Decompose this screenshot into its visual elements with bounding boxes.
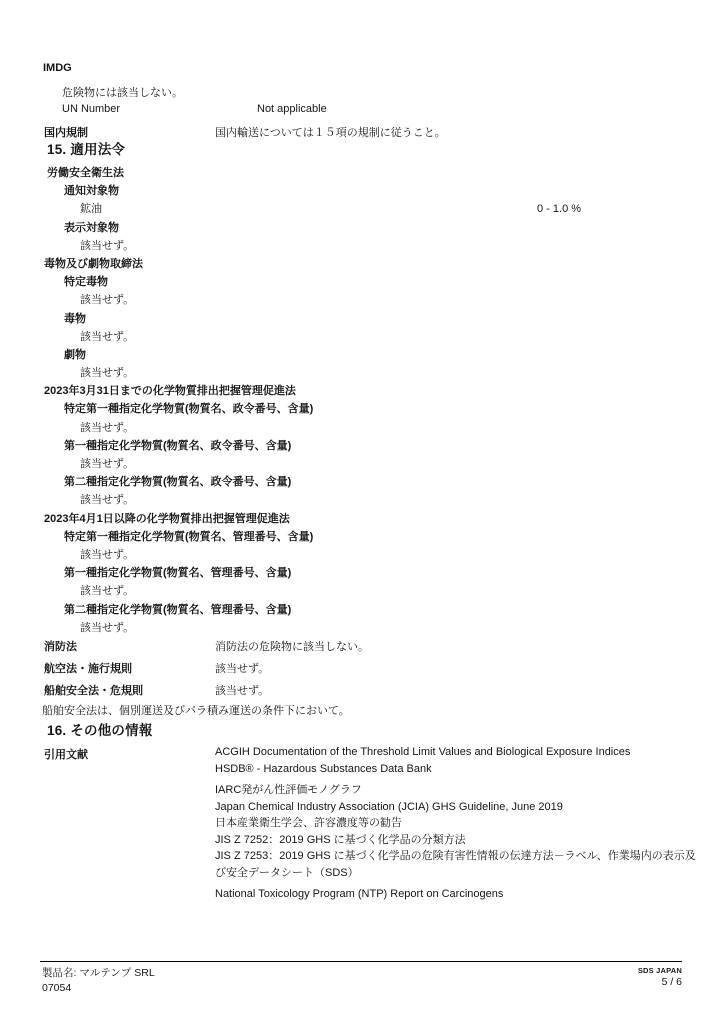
regulation-row: 該当せず。 (0, 455, 722, 473)
regulation-text: 毒物及び劇物取締法 (44, 258, 143, 270)
regulation-text: 該当せず。 (80, 458, 134, 470)
regulation-text: 第二種指定化学物質(物質名、政令番号、含量) (64, 476, 291, 488)
law-status-value: 消防法の危険物に該当しない。 (215, 636, 369, 658)
reference-text: National Toxicology Program (NTP) Report… (215, 888, 503, 900)
section-16-title: 16. その他の情報 (47, 719, 153, 739)
concentration-value: 0 - 1.0 % (537, 200, 581, 218)
references-label: 引用文献 (44, 746, 88, 762)
footer-product-block: 製品名: マルテンプ SRL 07054 (42, 966, 155, 996)
regulation-row: 該当せず。 (0, 328, 722, 346)
regulation-text: 該当せず。 (80, 622, 134, 634)
footer-divider (40, 961, 682, 962)
regulation-row: 2023年4月1日以降の化学物質排出把握管理促進法 (0, 510, 722, 528)
regulation-row: 毒物 (0, 310, 722, 328)
regulation-text: 該当せず。 (80, 367, 134, 379)
reference-text: IARC発がん性評価モノグラフ (215, 784, 362, 796)
reference-text: JIS Z 7252：2019 GHS に基づく化学品の分類方法 (215, 834, 466, 846)
regulation-row: 表示対象物 (0, 219, 722, 237)
regulation-row: 毒物及び劇物取締法 (0, 255, 722, 273)
law-name-label: 船舶安全法・危規則 (44, 680, 143, 702)
un-number-label: UN Number (62, 103, 120, 115)
regulation-row: 2023年3月31日までの化学物質排出把握管理促進法 (0, 382, 722, 400)
ship-safety-note: 船舶安全法は、個別運送及びバラ積み運送の条件下において。 (42, 702, 350, 718)
regulation-text: 該当せず。 (80, 549, 134, 561)
regulation-text: 該当せず。 (80, 585, 134, 597)
regulation-text: 2023年3月31日までの化学物質排出把握管理促進法 (44, 385, 296, 397)
page-number: 5 / 6 (432, 976, 682, 988)
imdg-status-text: 危険物には該当しない。 (62, 84, 183, 100)
law-status-row: 航空法・施行規則 該当せず。 (0, 658, 722, 680)
regulation-rows: 労働安全衛生法 通知対象物 鉱油 0 - 1.0 % 表示対象物 該当せず。 (0, 164, 722, 637)
reference-line: 日本産業衛生学会、許容濃度等の勧告 (215, 815, 697, 832)
law-status-rows: 消防法 消防法の危険物に該当しない。 航空法・施行規則 該当せず。 船舶安全法・… (0, 636, 722, 702)
section-15-title: 15. 適用法令 (47, 138, 125, 158)
regulation-text: 該当せず。 (80, 331, 134, 343)
regulation-text: 第一種指定化学物質(物質名、政令番号、含量) (64, 440, 291, 452)
regulation-row: 通知対象物 (0, 182, 722, 200)
law-status-value: 該当せず。 (215, 658, 269, 680)
regulation-text: 劇物 (64, 349, 86, 361)
regulation-text: 労働安全衛生法 (47, 167, 124, 179)
regulation-text: 特定毒物 (64, 276, 108, 288)
regulation-text: 第二種指定化学物質(物質名、管理番号、含量) (64, 604, 291, 616)
reference-text: HSDB® - Hazardous Substances Data Bank (215, 763, 432, 775)
regulation-row: 第一種指定化学物質(物質名、政令番号、含量) (0, 437, 722, 455)
regulation-row: 第二種指定化学物質(物質名、管理番号、含量) (0, 601, 722, 619)
regulation-text: 鉱油 (80, 203, 102, 215)
reference-line: ACGIH Documentation of the Threshold Lim… (215, 744, 697, 761)
regulation-row: 該当せず。 (0, 619, 722, 637)
law-status-row: 消防法 消防法の危険物に該当しない。 (0, 636, 722, 658)
product-code: 07054 (42, 981, 155, 996)
regulation-text: 通知対象物 (64, 185, 119, 197)
reference-line: IARC発がん性評価モノグラフ (215, 782, 697, 799)
law-status-value: 該当せず。 (215, 680, 269, 702)
domestic-regulation-value: 国内輸送については１５項の規制に従うこと。 (215, 124, 446, 140)
reference-line: HSDB® - Hazardous Substances Data Bank (215, 761, 697, 778)
regulation-row: 該当せず。 (0, 291, 722, 309)
regulation-text: 2023年4月1日以降の化学物質排出把握管理促進法 (44, 513, 290, 525)
reference-text: Japan Chemical Industry Association (JCI… (215, 801, 563, 813)
regulation-text: 表示対象物 (64, 222, 119, 234)
reference-line: JIS Z 7253：2019 GHS に基づく化学品の危険有害性情報の伝達方法… (215, 848, 697, 881)
un-number-value: Not applicable (257, 103, 327, 115)
regulation-text: 該当せず。 (80, 422, 134, 434)
sds-region-label: SDS JAPAN (432, 966, 682, 975)
regulation-row: 劇物 (0, 346, 722, 364)
reference-text: JIS Z 7253：2019 GHS に基づく化学品の危険有害性情報の伝達方法… (215, 850, 696, 879)
regulation-text: 特定第一種指定化学物質(物質名、管理番号、含量) (64, 531, 313, 543)
regulation-row: 該当せず。 (0, 364, 722, 382)
regulation-row: 労働安全衛生法 (0, 164, 722, 182)
imdg-label: IMDG (43, 62, 72, 74)
regulation-text: 該当せず。 (80, 240, 134, 252)
reference-text: ACGIH Documentation of the Threshold Lim… (215, 746, 630, 758)
references-list: ACGIH Documentation of the Threshold Lim… (215, 744, 697, 903)
regulation-row: 特定毒物 (0, 273, 722, 291)
reference-text: 日本産業衛生学会、許容濃度等の勧告 (215, 817, 402, 829)
regulation-row: 特定第一種指定化学物質(物質名、政令番号、含量) (0, 400, 722, 418)
regulation-text: 第一種指定化学物質(物質名、管理番号、含量) (64, 567, 291, 579)
regulation-text: 該当せず。 (80, 294, 134, 306)
regulation-text: 該当せず。 (80, 494, 134, 506)
regulation-row: 該当せず。 (0, 419, 722, 437)
regulation-row: 特定第一種指定化学物質(物質名、管理番号、含量) (0, 528, 722, 546)
sds-document-page: IMDG 危険物には該当しない。 UN Number Not applicabl… (0, 0, 722, 1024)
law-name-label: 航空法・施行規則 (44, 658, 132, 680)
regulation-row: 第二種指定化学物質(物質名、政令番号、含量) (0, 473, 722, 491)
regulation-row: 該当せず。 (0, 582, 722, 600)
reference-line: National Toxicology Program (NTP) Report… (215, 886, 697, 903)
reference-line: Japan Chemical Industry Association (JCI… (215, 799, 697, 816)
reference-line: JIS Z 7252：2019 GHS に基づく化学品の分類方法 (215, 832, 697, 849)
regulation-row: 該当せず。 (0, 546, 722, 564)
product-name: 製品名: マルテンプ SRL (42, 966, 155, 981)
regulation-row: 第一種指定化学物質(物質名、管理番号、含量) (0, 564, 722, 582)
regulation-text: 毒物 (64, 313, 86, 325)
regulation-row: 該当せず。 (0, 237, 722, 255)
regulation-row: 該当せず。 (0, 491, 722, 509)
law-status-row: 船舶安全法・危規則 該当せず。 (0, 680, 722, 702)
regulation-text: 特定第一種指定化学物質(物質名、政令番号、含量) (64, 403, 313, 415)
footer-page-block: SDS JAPAN 5 / 6 (432, 966, 682, 988)
law-name-label: 消防法 (44, 636, 77, 658)
regulation-row: 鉱油 0 - 1.0 % (0, 200, 722, 218)
